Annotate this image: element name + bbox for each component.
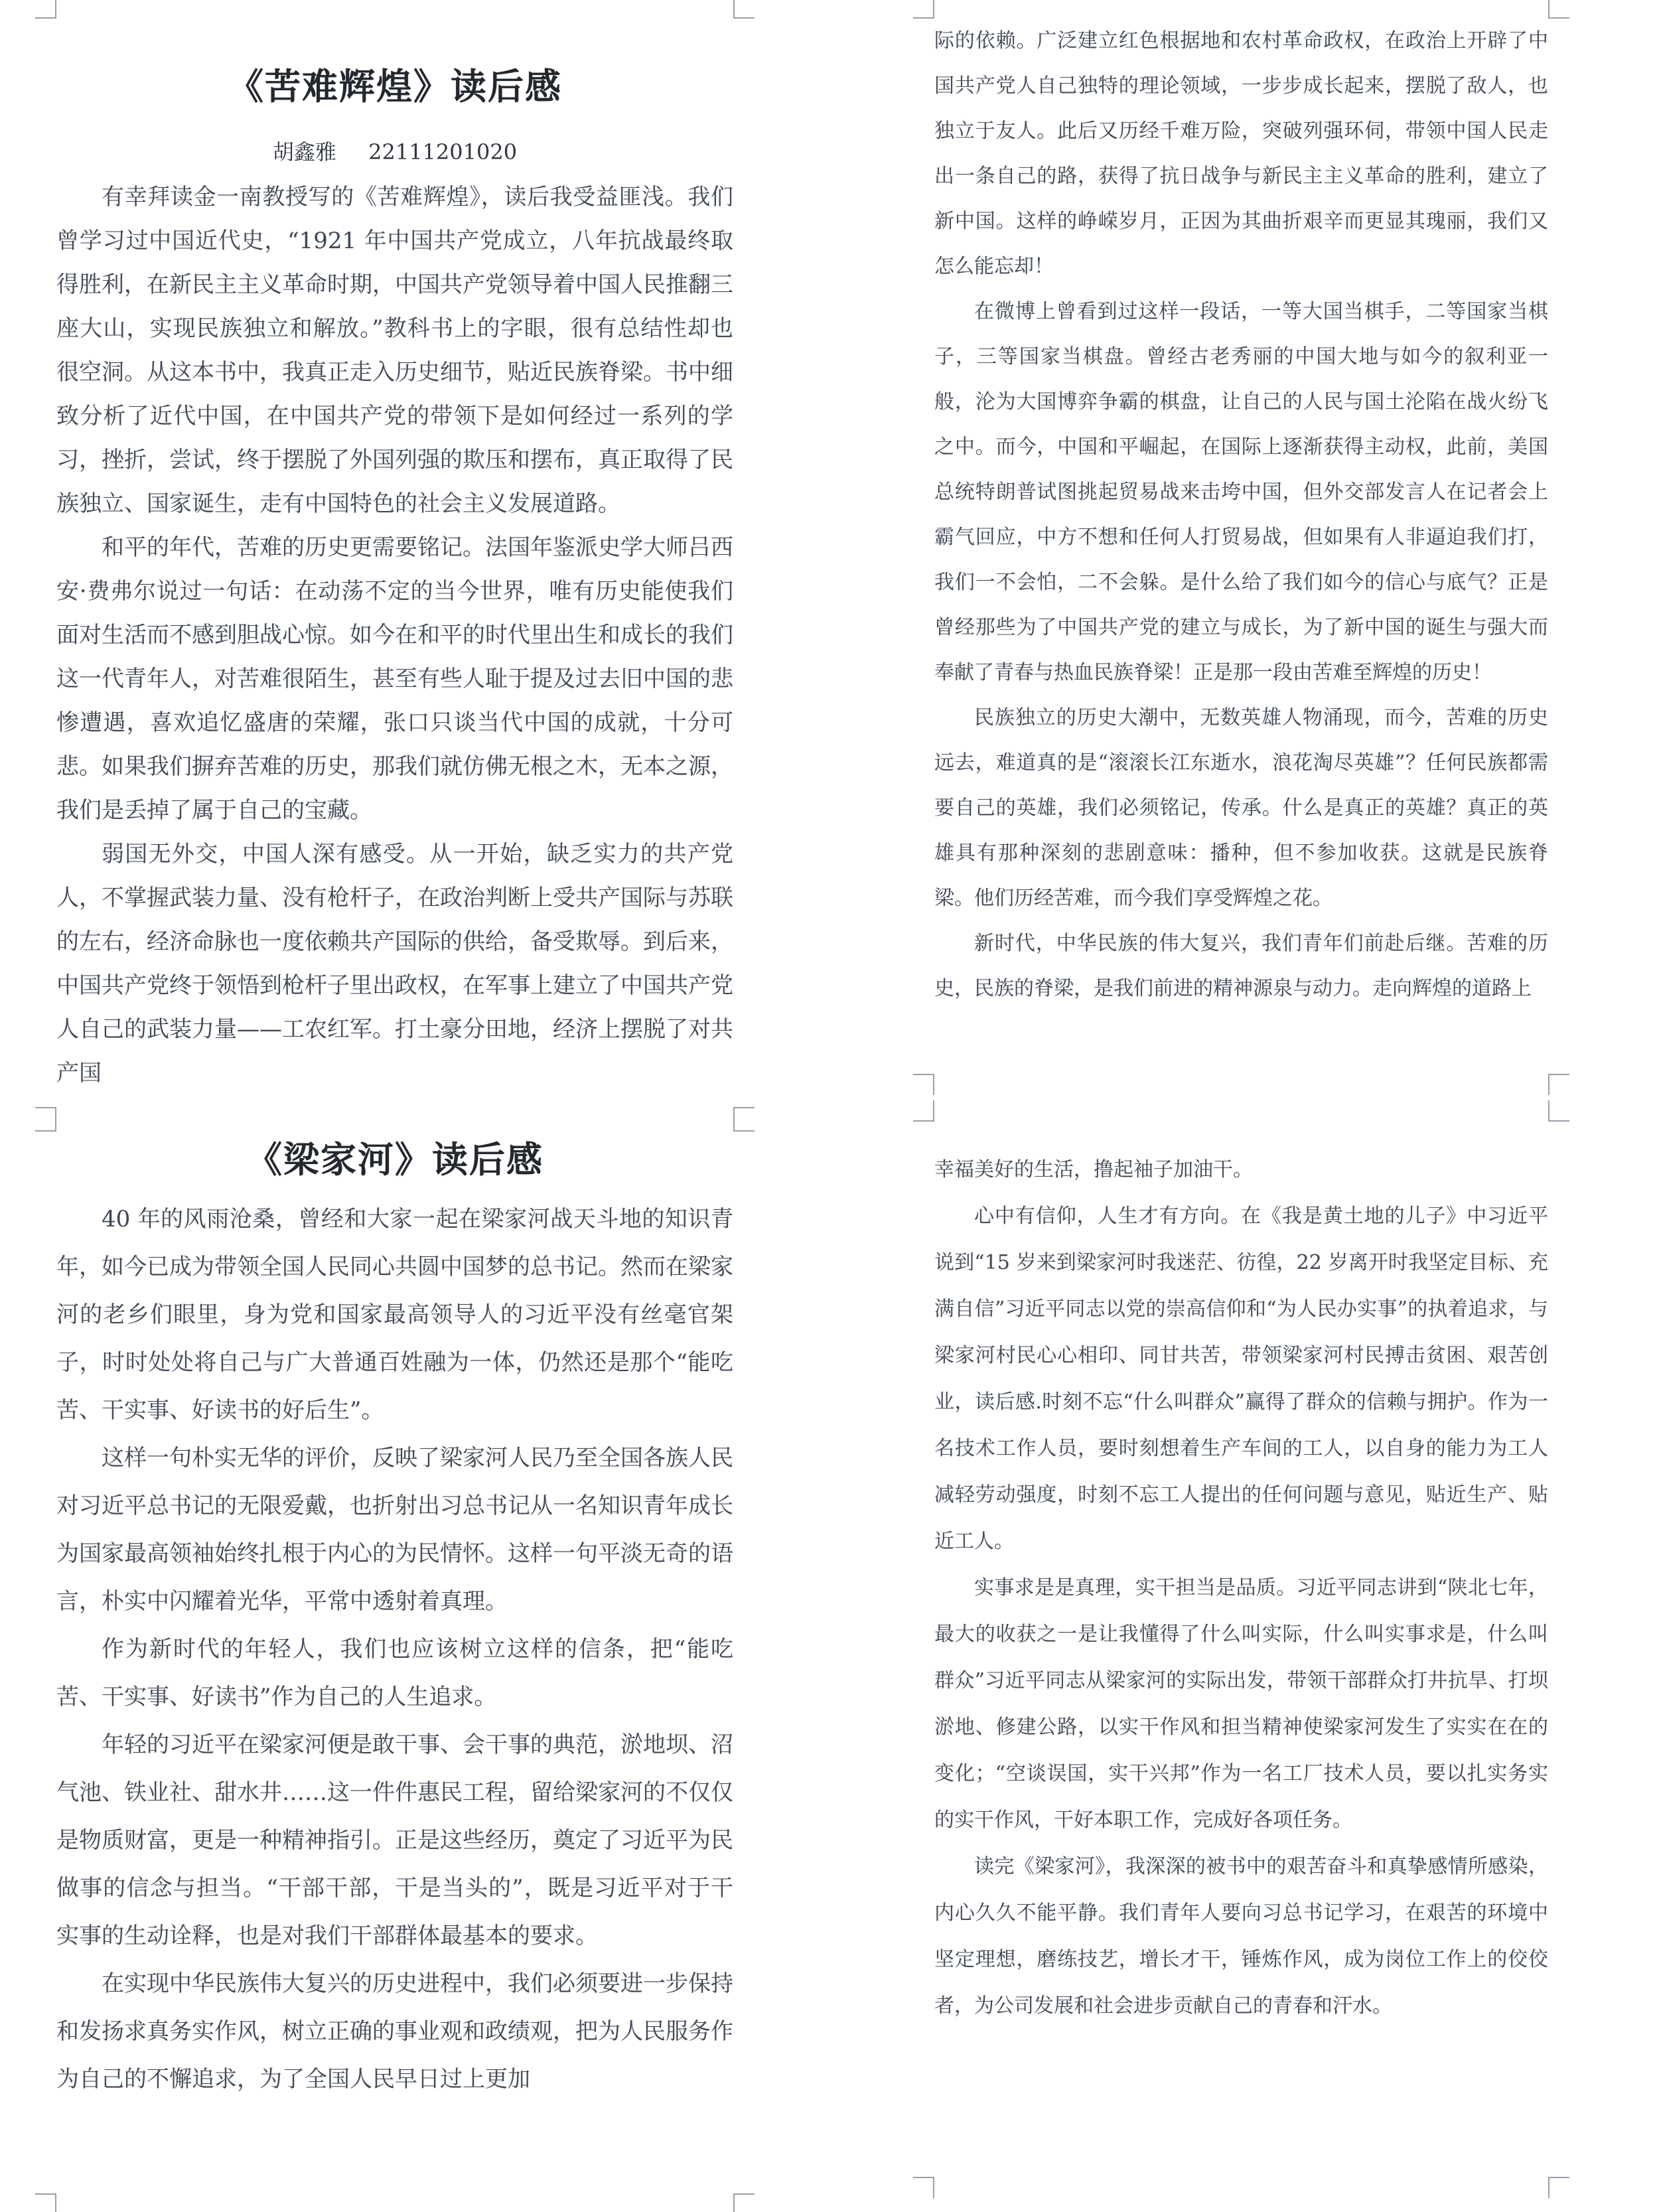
page-corner-mark (913, 0, 934, 19)
essay1-page1-body: 有幸拜读金一南教授写的《苦难辉煌》，读后我受益匪浅。我们曾学习过中国近代史，“1… (56, 175, 733, 1095)
paragraph: 读完《梁家河》，我深深的被书中的艰苦奋斗和真挚感情所感染，内心久久不能平静。我们… (934, 1844, 1548, 2029)
page-corner-mark (35, 2193, 56, 2212)
paragraph: 际的依赖。广泛建立红色根据地和农村革命政权，在政治上开辟了中国共产党人自己独特的… (934, 19, 1548, 289)
page-corner-mark (35, 1110, 56, 1132)
page-corner-mark (733, 0, 755, 19)
author-name: 胡鑫雅 (273, 139, 336, 165)
essay1-page1: 《苦难辉煌》读后感 胡鑫雅 22111201020 有幸拜读金一南教授写的《苦难… (56, 19, 733, 1107)
paragraph: 在微博上曾看到过这样一段话，一等大国当棋手，二等国家当棋子，三等国家当棋盘。曾经… (934, 289, 1548, 696)
page-corner-mark (733, 2193, 755, 2212)
paragraph: 有幸拜读金一南教授写的《苦难辉煌》，读后我受益匪浅。我们曾学习过中国近代史，“1… (56, 175, 733, 526)
essay2-page1: 《梁家河》读后感 40 年的风雨沧桑，曾经和大家一起在梁家河战天斗地的知识青年，… (56, 1132, 733, 2193)
page-corner-mark (733, 1110, 755, 1132)
student-id: 22111201020 (368, 139, 517, 165)
essay2-page2: 幸福美好的生活，撸起袖子加油干。心中有信仰，人生才有方向。在《我是黄土地的儿子》… (934, 1122, 1548, 2177)
essay1-title: 《苦难辉煌》读后感 (56, 66, 733, 108)
page-corner-mark (1548, 2177, 1569, 2198)
essay2-page2-body: 幸福美好的生活，撸起袖子加油干。心中有信仰，人生才有方向。在《我是黄土地的儿子》… (934, 1147, 1548, 2029)
page-corner-mark (913, 1074, 934, 1095)
document-canvas: 《苦难辉煌》读后感 胡鑫雅 22111201020 有幸拜读金一南教授写的《苦难… (0, 0, 1659, 2212)
essay1-author-line: 胡鑫雅 22111201020 (56, 135, 733, 166)
paragraph: 和平的年代，苦难的历史更需要铭记。法国年鉴派史学大师吕西安·费弗尔说过一句话：在… (56, 526, 733, 832)
paragraph: 心中有信仰，人生才有方向。在《我是黄土地的儿子》中习近平说到“15 岁来到梁家河… (934, 1193, 1548, 1565)
paragraph: 新时代，中华民族的伟大复兴，我们青年们前赴后继。苦难的历史，民族的脊梁，是我们前… (934, 921, 1548, 1011)
page-corner-mark (35, 0, 56, 19)
paragraph: 民族独立的历史大潮中，无数英雄人物涌现，而今，苦难的历史远去，难道真的是“滚滚长… (934, 696, 1548, 921)
paragraph: 弱国无外交，中国人深有感受。从一开始，缺乏实力的共产党人，不掌握武装力量、没有枪… (56, 832, 733, 1095)
paragraph: 作为新时代的年轻人，我们也应该树立这样的信条，把“能吃苦、干实事、好读书”作为自… (56, 1625, 733, 1721)
paragraph: 实事求是是真理，实干担当是品质。习近平同志讲到“陕北七年，最大的收获之一是让我懂… (934, 1565, 1548, 1844)
essay2-title: 《梁家河》读后感 (56, 1140, 733, 1181)
essay1-page2-body: 际的依赖。广泛建立红色根据地和农村革命政权，在政治上开辟了中国共产党人自己独特的… (934, 19, 1548, 1011)
essay1-page2: 际的依赖。广泛建立红色根据地和农村革命政权，在政治上开辟了中国共产党人自己独特的… (934, 19, 1548, 1074)
paragraph: 幸福美好的生活，撸起袖子加油干。 (934, 1147, 1548, 1193)
page-corner-mark (1548, 1100, 1569, 1122)
paragraph: 40 年的风雨沧桑，曾经和大家一起在梁家河战天斗地的知识青年，如今已成为带领全国… (56, 1195, 733, 1434)
paragraph: 这样一句朴实无华的评价，反映了梁家河人民乃至全国各族人民对习近平总书记的无限爱戴… (56, 1434, 733, 1625)
page-corner-mark (1548, 0, 1569, 19)
page-corner-mark (1548, 1074, 1569, 1095)
paragraph: 年轻的习近平在梁家河便是敢干事、会干事的典范，淤地坝、沼气池、铁业社、甜水井……… (56, 1721, 733, 1960)
page-corner-mark (913, 1100, 934, 1122)
essay2-page1-body: 40 年的风雨沧桑，曾经和大家一起在梁家河战天斗地的知识青年，如今已成为带领全国… (56, 1195, 733, 2103)
page-corner-mark (913, 2177, 934, 2198)
paragraph: 在实现中华民族伟大复兴的历史进程中，我们必须要进一步保持和发扬求真务实作风，树立… (56, 1960, 733, 2103)
